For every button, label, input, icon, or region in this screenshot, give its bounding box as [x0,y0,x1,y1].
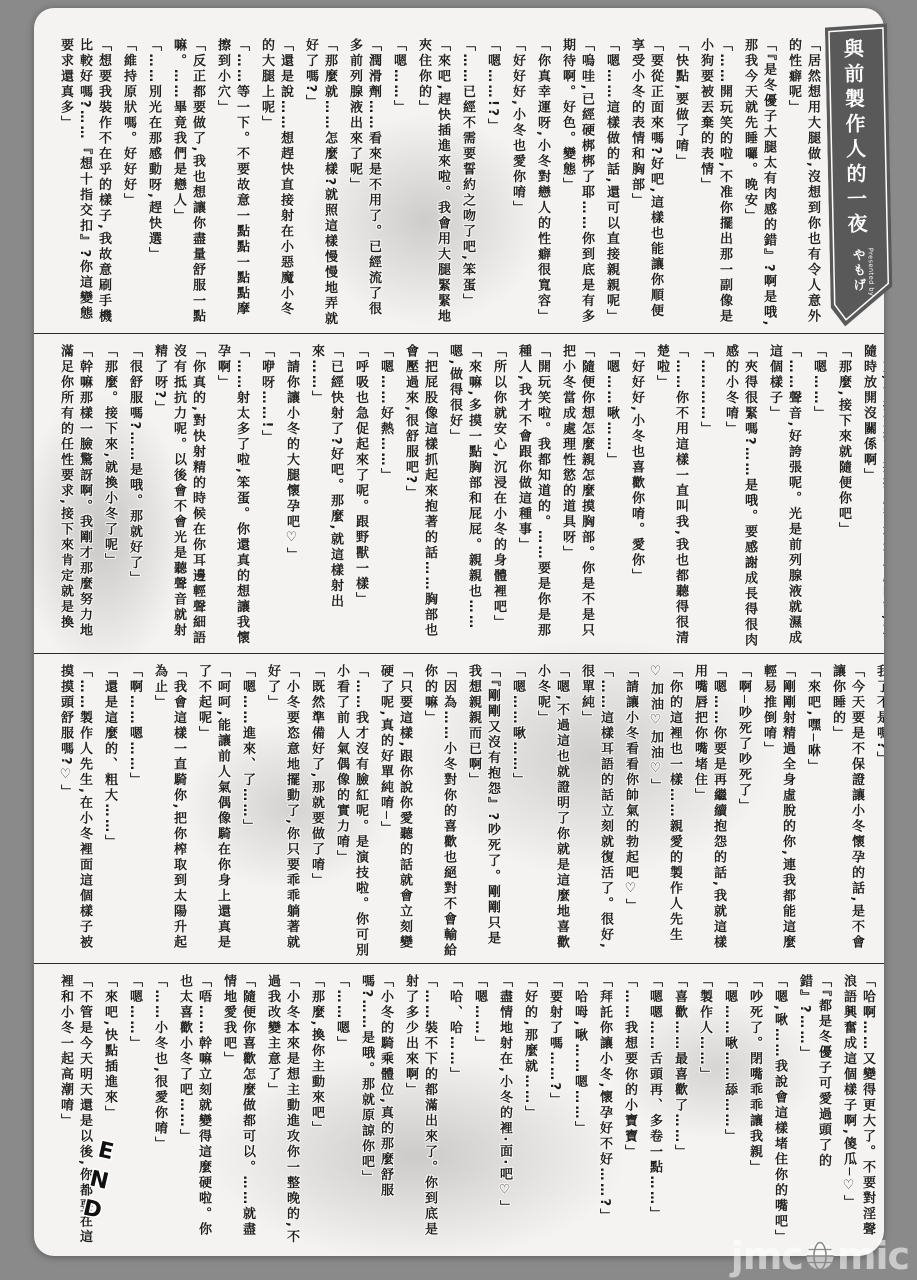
dialogue-line: 「好的,那麼就……」 [520,974,539,1250]
dialogue-line: 「……製作人先生,在小冬裡面這個樣子被摸摸頭舒服嗎?♡」 [56,664,94,959]
dialogue-line: 「要射了嗎……?」 [545,974,564,1250]
dialogue-line: 「拜託你讓小冬,懷孕好不好……?」 [595,974,614,1250]
dialogue-line: 「來嘛,多摸一點胸部和屁屁。親親也……嗯,做得很好」 [445,344,483,649]
dialogue-line: 「維持原狀嗎。好好好」 [119,38,138,329]
dialogue-line: 「所以你就安心,沉浸在小冬的身體裡吧」 [489,344,508,649]
dialogue-line: 「要從正面來嗎?好吧,這樣也能讓你順便享受小冬的表情和胸部」 [627,38,665,329]
dialogue-line: 「很舒服嗎?……是哦。那就好了」 [125,344,144,649]
dialogue-line: 「嗯,不過這也就證明了你就是這麼地喜歡小冬呢」 [533,664,571,959]
dialogue-line: 「製作人……」 [695,974,714,1250]
dialogue-line: 「把屁股像這樣抓起來抱著的話……胸部也會壓過來,很舒服吧?」 [401,344,439,649]
page-card: 「居然想用大腿做,沒想到你也有令人意外的性癖呢」「『是冬優子大腿太有肉感的錯』?… [34,8,884,1256]
dialogue-line: 「既然準備好了,那就要做了唷」 [307,664,326,959]
dialogue-line: 「咿呀……!」 [257,344,276,649]
dialogue-line: 「……聲音,好誇張呢。光是前列腺液就濕成這個樣子」 [765,344,803,649]
dialogue-line: 「隨便你想怎麼親怎麼摸胸部。你是不是只把小冬當成處理性慾的道具呀」 [558,344,596,649]
dialogue-line: 「嗯……」 [809,344,828,649]
dialogue-line: 「呼吸也急促起來了呢。跟野獸一樣」 [351,344,370,649]
watermark-text-right: mic [837,1234,909,1278]
dialogue-line: 「隨便你喜歡怎麼做都可以。……就盡情地愛我吧」 [219,974,257,1250]
dialogue-line: 「嗯……」 [125,974,144,1250]
dialogue-line: 「那麼,接下來就隨便你吧」 [834,344,853,649]
dialogue-line: 「喜歡……最喜歡了……」 [670,974,689,1250]
dialogue-section-3: 我了不是嗎?」「今天要是不保證讓小冬懷孕的話,是不會讓你睡的」「來吧,嘿─咻」「… [34,653,884,963]
dialogue-line: 「好好好,小冬也喜歡你唷。愛你」 [627,344,646,649]
dialogue-line: 「請你讓小冬的大腿懷孕吧♡」 [282,344,301,649]
dialogue-line: 「小冬要恣意地擺動了,你只要乖乖躺著就好了」 [263,664,301,959]
dialogue-line: 「夾得很緊嗎?……是哦。要感謝成長得很肉感的小冬唷」 [721,344,759,649]
globe-icon [805,1241,835,1271]
dialogue-line: 「那麼。接下來,就換小冬了呢」 [100,344,119,649]
dialogue-line: 「嗯……進來、了……」 [238,664,257,959]
presented-by-label: Presented by [867,248,876,297]
dialogue-section-4: 「小冬也一樣,被製作人先生這樣不停地衝撞深處,都要沒有你不行了♡」「哈啊……又變… [34,963,884,1254]
dialogue-line: 「嗯……啾……舔……」 [720,974,739,1250]
dialogue-line: 「那麼就……怎麼樣?就照這樣慢慢地弄就好了嗎?」 [301,38,339,329]
site-watermark: jmc mic [731,1234,909,1278]
dialogue-line: 「……開玩笑的啦,不准你擺出那一副像是小狗要被丟棄的表情」 [696,38,734,329]
dialogue-line: 「來,十指交扣。想摸胸部還是屁股的話,就隨時放開沒關係啊」 [859,344,884,649]
page-title: 與前製作人的一夜 [840,38,868,238]
dialogue-line: 「……我想要你的小寶寶」 [620,974,639,1250]
dialogue-line: 「啊─吵死了吵死了」 [734,664,753,959]
dialogue-line: 「請讓小冬看看你帥氣的勃起吧♡」 [621,664,640,959]
dialogue-line: 「好好好,小冬也愛你唷」 [508,38,527,329]
dialogue-line: 「剛剛射精過全身虛脫的你,連我都能這麼輕易推倒唷」 [759,664,797,959]
dialogue-line: 「……裝不下的都滿出來了。你到底是射了多少出來啊」 [401,974,439,1250]
dialogue-line: 「小冬也一樣,被製作人先生這樣不停地衝撞深處,都要沒有你不行了♡」 [883,974,884,1250]
title-ribbon: 與前製作人的一夜Presented byやもげ [825,23,893,326]
dialogue-line: 「小冬的騎乘體位,真的那麼舒服嗎?……是哦。那就原諒你吧」 [357,974,395,1250]
dialogue-line: 「……這樣耳語的話立刻就復活了。很好,很單純」 [577,664,615,959]
dialogue-line: 「來吧,趕快插進來啦。我會用大腿緊緊地夾住你的」 [414,38,452,329]
dialogue-line: 「嗯……這樣做的話,還可以直接親親呢」 [602,38,621,329]
dialogue-line: 「『剛剛又沒有抱怨』?吵死了。剛剛只是我想親親而已啊」 [464,664,502,959]
dialogue-section-2: 「來,十指交扣。想摸胸部還是屁股的話,就隨時放開沒關係啊」「那麼,接下來就隨便你… [34,333,884,653]
dialogue-line: 「我會這樣一直騎你,把你榨取到太陽升起為止」 [150,664,188,959]
dialogue-line: 「嗯……啾……」 [508,664,527,959]
dialogue-line: 「嗯……」 [470,974,489,1250]
dialogue-line: 「啊……嗯……」 [125,664,144,959]
dialogue-line: 「盡情地射在,小冬的裡·面·吧♡」 [495,974,514,1250]
dialogue-line: 「唔……幹嘛立刻就變得這麼硬啦。你也太喜歡小冬了吧……」 [175,974,213,1250]
watermark-text-left: jmc [731,1234,803,1278]
dialogue-section-1: 「居然想用大腿做,沒想到你也有令人意外的性癖呢」「『是冬優子大腿太有肉感的錯』?… [34,8,884,333]
dialogue-line: 「嗯……你要是再繼續抱怨的話,我就這樣用嘴唇把你嘴堵住」 [690,664,728,959]
dialogue-line: 「呵呵,能讓前人氣偶像騎在你身上還真是了不起呢」 [194,664,232,959]
dialogue-column-group-4: 「小冬也一樣,被製作人先生這樣不停地衝撞深處,都要沒有你不行了♡」「哈啊……又變… [50,974,884,1250]
dialogue-line: 「還是說……想趕快直接射在小惡魔小冬的大腿上呢」 [257,38,295,329]
dialogue-line: 「居然想用大腿做,沒想到你也有令人意外的性癖呢」 [784,38,822,329]
dialogue-line: 「哈呣,啾……嗯……」 [570,974,589,1250]
dialogue-line: 「那麼,換你主動來吧」 [307,974,326,1250]
dialogue-line: 「嗯,啾……我說會這樣堵住你的嘴吧」 [770,974,789,1250]
dialogue-column-group-3: 我了不是嗎?」「今天要是不保證讓小冬懷孕的話,是不會讓你睡的」「來吧,嘿─咻」「… [50,664,884,959]
dialogue-column-group-2: 「來,十指交扣。想摸胸部還是屁股的話,就隨時放開沒關係啊」「那麼,接下來就隨便你… [50,344,884,649]
dialogue-line: 「嗯嗯……舌頭再、多卷一點……」 [645,974,664,1250]
dialogue-line: 「…………」 [696,344,715,649]
dialogue-line: 「反正都要做了,我也想讓你盡量舒服一點嘛。……畢竟我們是戀人」 [169,38,207,329]
dialogue-line: 「嗯……啾……」 [602,344,621,649]
dialogue-line: 「還是這麼的、粗大……」 [100,664,119,959]
dialogue-line: 「嗯……!?」 [483,38,502,329]
dialogue-line: 「你的這裡也一樣……親愛的製作人先生♡加油♡加油♡」 [646,664,684,959]
dialogue-line: 「哈、哈……」 [445,974,464,1250]
dialogue-line: 「只要這樣,跟你說你愛聽的話就會立刻變硬了呢,真的好單純唷─」 [376,664,414,959]
dialogue-line: 「你真的,對快射精的時候在你耳邊輕聲細語沒有抵抗力呢。以後會不會光是聽聲音就射精… [150,344,207,649]
dialogue-line: 「嗯……」 [389,38,408,329]
dialogue-line: 「來吧,嘿─咻」 [803,664,822,959]
dialogue-line: 「……我才沒有臉紅呢。是演技啦。你可別小看了前人氣偶像的實力唷」 [332,664,370,959]
dialogue-line: 「……你不用這樣一直叫我,我也都聽得很清楚啦」 [652,344,690,649]
dialogue-line: 「『都是冬優子可愛過頭了的錯』?……」 [795,974,833,1250]
dialogue-line: 「嗚哇,已經硬梆梆了耶……你到底是有多期待啊。好色。變態」 [558,38,596,329]
credit: Presented byやもげ [848,248,876,297]
dialogue-line: 「……小冬也,很愛你唷」 [150,974,169,1250]
dialogue-line: 「哈啊……又變得更大了。不要對淫聲浪語興奮成這個樣子啊,傻瓜─♡」 [839,974,877,1250]
dialogue-line: 「小冬本來是想主動進攻你一整晚的,不過我改變主意了」 [263,974,301,1250]
dialogue-line: 「『是冬優子大腿太有肉感的錯』?啊是哦,那我今天就先睡囉。晚安」 [740,38,778,329]
author-name: やもげ [848,248,868,297]
dialogue-line: 「……射太多了啦,笨蛋。你還真的想讓我懷孕啊」 [213,344,251,649]
dialogue-line: 「你真幸運呀,小冬對戀人的性癖很寬容」 [533,38,552,329]
dialogue-line: 「……已經不需要誓約之吻了吧,笨蛋」 [458,38,477,329]
dialogue-line: 「幹嘛那樣一臉驚訝啊。我剛才那麼努力地滿足你所有的任性要求,接下來肯定就是換 [56,344,94,649]
dialogue-line: 「吵死了。閉嘴乖乖讓我親」 [745,974,764,1250]
dialogue-column-group-1: 「居然想用大腿做,沒想到你也有令人意外的性癖呢」「『是冬優子大腿太有肉感的錯』?… [50,38,822,329]
dialogue-line: 「想要我裝作不在乎的樣子,我故意刷手機比較好嗎?……『想十指交扣』?你這變態要求… [56,38,113,329]
dialogue-line: 「……嗯」 [332,974,351,1250]
dialogue-line: 「快點,要做了唷」 [671,38,690,329]
dialogue-line: 「今天要是不保證讓小冬懷孕的話,是不會讓你睡的」 [828,664,866,959]
dialogue-line: 「開玩笑啦。我都知道的。……要是你是那種人,我才不會跟你做這種事」 [514,344,552,649]
dialogue-line: 「……別光在那感動呀,趕快選」 [144,38,163,329]
dialogue-line: 「嗯……好熱……」 [376,344,395,649]
dialogue-line: 「潤滑劑……看來是不用了。已經流了很多前列腺液出來了呢」 [345,38,383,329]
dialogue-line: 「……等一下。不要故意一點點一點點摩擦到小穴」 [213,38,251,329]
dialogue-line: 我了不是嗎?」 [872,664,884,959]
dialogue-line: 「已經快射了?好吧。那麼,就這樣射出來……」 [307,344,345,649]
ribbon-text: 與前製作人的一夜Presented byやもげ [825,37,889,326]
manga-text-page: { "banner": { "title": "與前製作人的一夜", "pres… [0,0,917,1280]
dialogue-line: 「因為……小冬對你的喜歡也絕對不會輸給你的嘛」 [420,664,458,959]
